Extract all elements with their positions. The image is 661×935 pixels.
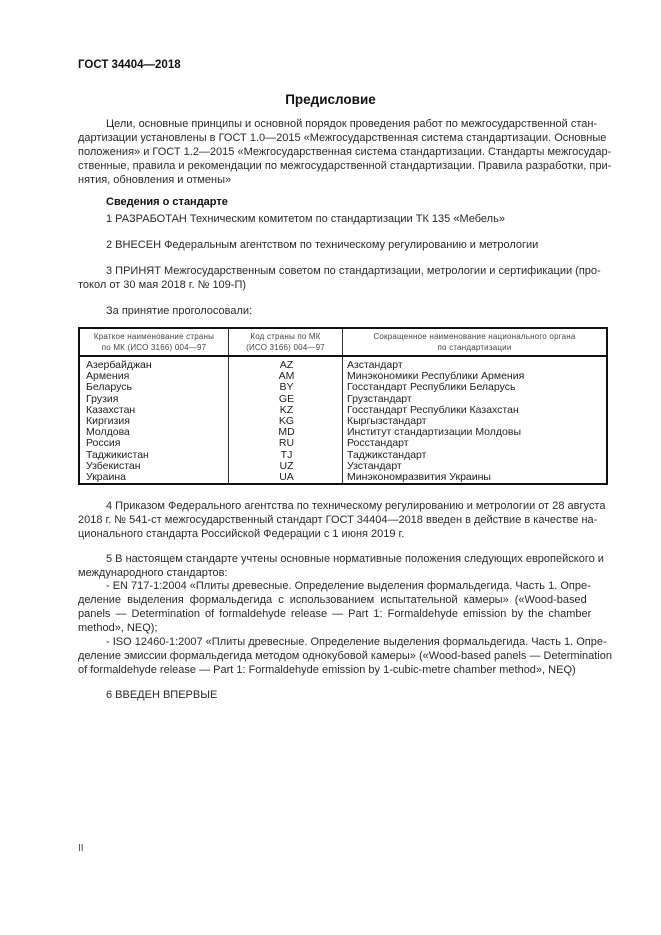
document-id: ГОСТ 34404—2018 bbox=[78, 59, 181, 71]
table-row: КазахстанKZГосстандарт Республики Казахс… bbox=[80, 405, 606, 416]
page-number: II bbox=[78, 843, 84, 854]
header-country: Краткое наименование страны по МК (ИСО 3… bbox=[80, 332, 228, 353]
page-title: Предисловие bbox=[0, 92, 661, 107]
intro-line: Цели, основные принципы и основной поряд… bbox=[106, 118, 597, 132]
section-heading: Сведения о стандарте bbox=[106, 196, 228, 210]
table-row: АзербайджанAZАзстандарт bbox=[80, 360, 606, 371]
item-5-line: международного стандартов: bbox=[78, 567, 228, 581]
item-5-line: panels — Determination of formaldehyde r… bbox=[78, 608, 591, 622]
voted-label: За принятие проголосовали: bbox=[106, 305, 252, 319]
document-page: ГОСТ 34404—2018 Предисловие Цели, основн… bbox=[0, 0, 661, 935]
intro-line: положения» и ГОСТ 1.2—2015 «Межгосударст… bbox=[78, 146, 611, 160]
info-item-3-line-1: 3 ПРИНЯТ Межгосударственным советом по с… bbox=[106, 265, 601, 279]
table-row: УзбекистанUZУзстандарт bbox=[80, 461, 606, 472]
table-row: АрменияAMМинэкономики Республики Армения bbox=[80, 371, 606, 382]
intro-line: нятия, обновления и отмены» bbox=[78, 174, 231, 188]
item-4-line: 2018 г. № 541-ст межгосударственный стан… bbox=[78, 514, 597, 528]
header-code: Код страны по МК (ИСО 3166) 004—97 bbox=[229, 332, 342, 353]
table-row: ГрузияGEГрузстандарт bbox=[80, 394, 606, 405]
info-item-1: 1 РАЗРАБОТАН Техническим комитетом по ст… bbox=[106, 213, 505, 227]
item-5-line: деление эмиссии формальдегида методом од… bbox=[78, 650, 612, 664]
intro-line: дартизации установлены в ГОСТ 1.0—2015 «… bbox=[78, 132, 606, 146]
table-row: УкраинаUAМинэкономразвития Украины bbox=[80, 472, 606, 483]
item-5-line: деление выделения формальдегида с исполь… bbox=[78, 594, 587, 608]
info-item-3-line-2: токол от 30 мая 2018 г. № 109-П) bbox=[78, 279, 246, 293]
item-5-line: 5 В настоящем стандарте учтены основные … bbox=[106, 553, 604, 567]
table-body: АзербайджанAZАзстандарт АрменияAMМинэкон… bbox=[80, 360, 606, 483]
table-row: КиргизияKGКыргызстандарт bbox=[80, 416, 606, 427]
item-6: 6 ВВЕДЕН ВПЕРВЫЕ bbox=[106, 689, 217, 703]
table-row: БеларусьBYГосстандарт Республики Беларус… bbox=[80, 382, 606, 393]
table-header: Краткое наименование страны по МК (ИСО 3… bbox=[80, 329, 606, 357]
intro-line: ственные, правила и рекомендации по межг… bbox=[78, 160, 611, 174]
item-4-line: ционального стандарта Российской Федерац… bbox=[78, 528, 404, 542]
header-body: Сокращенное наименование национального о… bbox=[343, 332, 606, 353]
info-item-2: 2 ВНЕСЕН Федеральным агентством по техни… bbox=[106, 239, 538, 253]
item-5-line: method», NEQ); bbox=[78, 622, 157, 636]
table-row: МолдоваMDИнститут стандартизации Молдовы bbox=[80, 427, 606, 438]
table-row: ТаджикистанTJТаджикстандарт bbox=[80, 450, 606, 461]
item-4-line: 4 Приказом Федерального агентства по тех… bbox=[106, 500, 605, 514]
table-row: РоссияRUРосстандарт bbox=[80, 438, 606, 449]
item-5-line: - EN 717-1:2004 «Плиты древесные. Опреде… bbox=[106, 580, 591, 594]
item-5-line: - ISO 12460-1:2007 «Плиты древесные. Опр… bbox=[106, 636, 607, 650]
voting-table: Краткое наименование страны по МК (ИСО 3… bbox=[78, 327, 608, 485]
item-5-line: of formaldehyde release — Part 1: Formal… bbox=[78, 664, 576, 678]
